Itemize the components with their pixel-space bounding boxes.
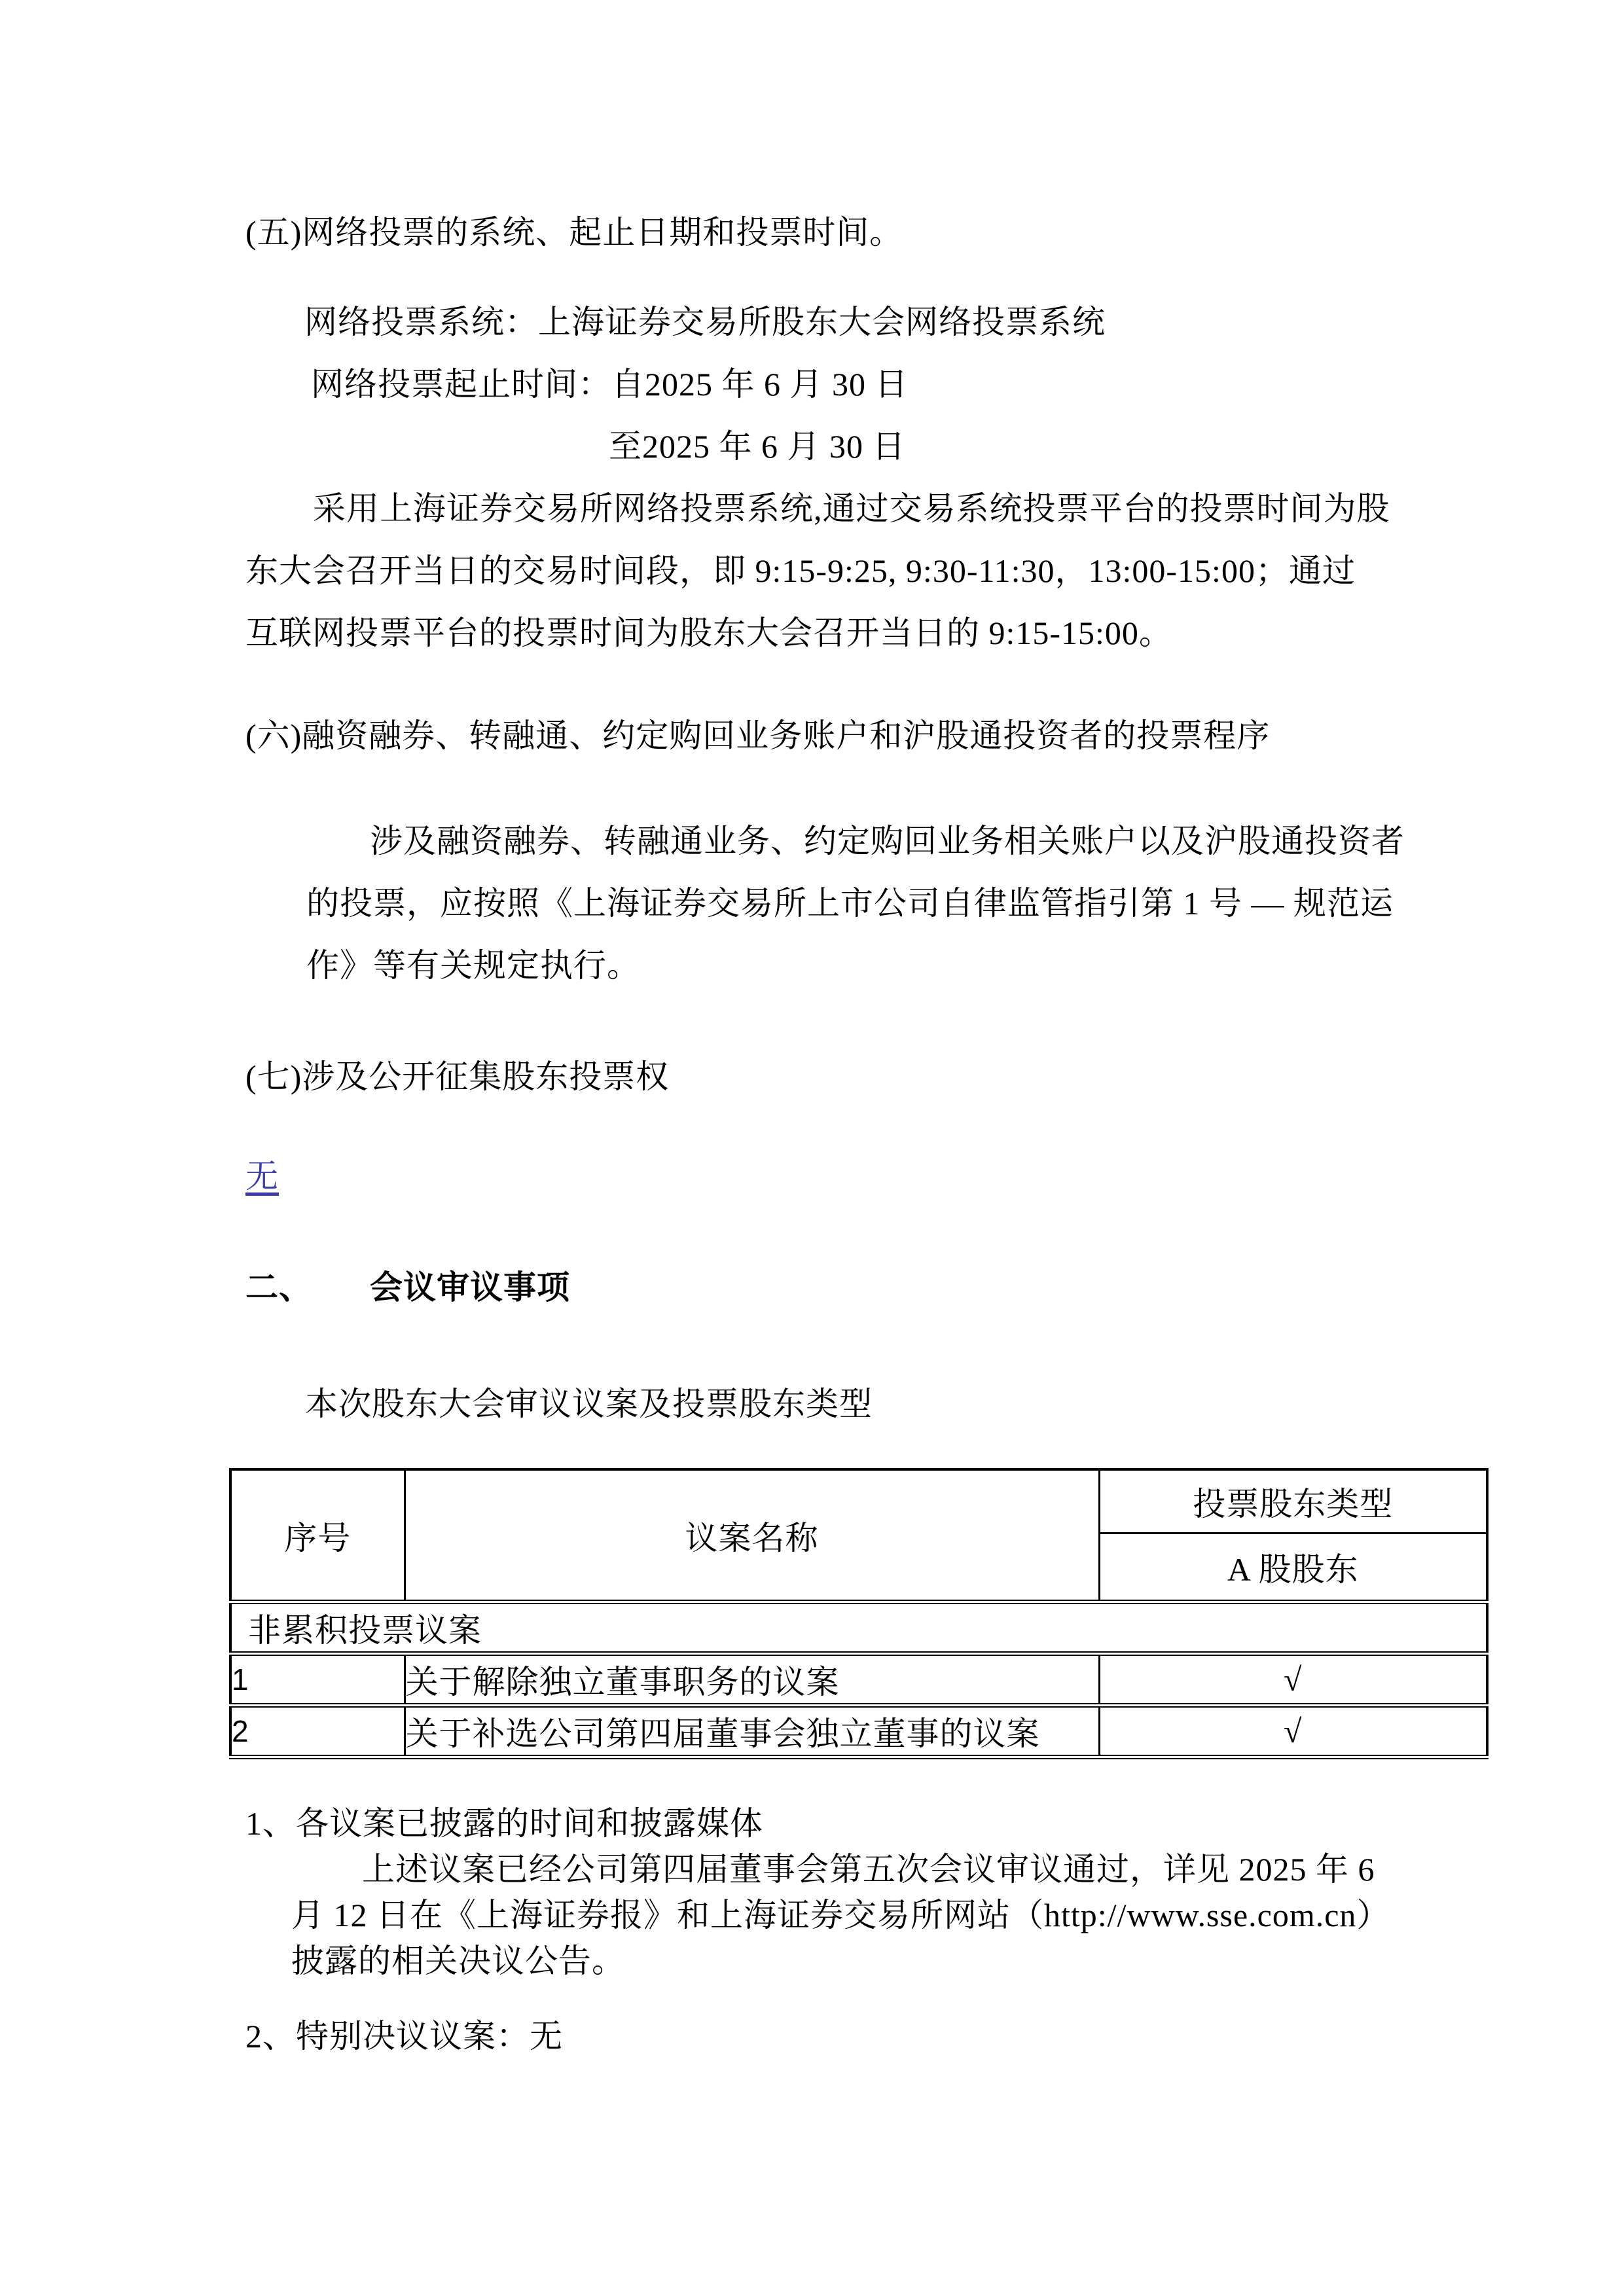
note-1-title: 1、各议案已披露的时间和披露媒体 — [245, 1801, 1624, 1846]
row-1-seq-cell: 1 — [230, 1654, 405, 1706]
margin-trading-paragraph-line-3: 作》等有关规定执行。 — [306, 935, 1624, 997]
section-5-heading: (五)网络投票的系统、起止日期和投票时间。 — [245, 202, 1624, 264]
row-2-proposal-cell: 关于补选公司第四届董事会独立董事的议案 — [405, 1706, 1099, 1757]
table-row: 2 关于补选公司第四届董事会独立董事的议案 √ — [230, 1706, 1487, 1757]
table-header-row-1: 序号 议案名称 投票股东类型 — [230, 1469, 1487, 1534]
row-2-seq-cell: 2 — [230, 1706, 405, 1757]
voting-paragraph-line-1: 采用上海证券交易所网络投票系统,通过交易系统投票平台的投票时间为股 — [313, 478, 1624, 540]
margin-trading-paragraph-line-2: 的投票，应按照《上海证券交易所上市公司自律监管指引第 1 号 — 规范运 — [306, 872, 1624, 935]
margin-trading-paragraph-line-1: 涉及融资融券、转融通业务、约定购回业务相关账户以及沪股通投资者 — [370, 810, 1624, 872]
header-cell-proposal-name: 议案名称 — [405, 1469, 1099, 1602]
none-link[interactable]: 无 — [245, 1158, 279, 1194]
note-1-line-2: 月 12 日在《上海证券报》和上海证券交易所网站（http://www.sse.… — [291, 1892, 1624, 1938]
section-7-heading: (七)涉及公开征集股东投票权 — [245, 1046, 1624, 1108]
voting-paragraph-line-3: 互联网投票平台的投票时间为股东大会召开当日的 9:15-15:00。 — [245, 602, 1624, 664]
table-group-row: 非累积投票议案 — [230, 1602, 1487, 1654]
row-1-proposal-cell: 关于解除独立董事职务的议案 — [405, 1654, 1099, 1706]
group-label-cell: 非累积投票议案 — [230, 1602, 1487, 1654]
network-voting-system-line: 网络投票系统：上海证券交易所股东大会网络投票系统 — [304, 291, 1624, 353]
section-2-title: 会议审议事项 — [370, 1269, 570, 1306]
section-6-heading: (六)融资融券、转融通、约定购回业务账户和沪股通投资者的投票程序 — [245, 705, 1624, 767]
note-1-line-1: 上述议案已经公司第四届董事会第五次会议审议通过，详见 2025 年 6 — [362, 1846, 1624, 1892]
section-2-heading: 二、会议审议事项 — [245, 1257, 1624, 1319]
row-1-check-cell: √ — [1099, 1654, 1487, 1706]
header-cell-seq: 序号 — [230, 1469, 405, 1602]
proposals-table: 序号 议案名称 投票股东类型 A 股股东 非累积投票议案 1 关于解除独立董事职… — [229, 1468, 1489, 1759]
header-cell-voter-type: 投票股东类型 — [1099, 1469, 1487, 1534]
voting-start-time-line: 网络投票起止时间：自2025 年 6 月 30 日 — [311, 353, 1624, 416]
none-line: 无 — [245, 1145, 1624, 1208]
note-1-line-3: 披露的相关决议公告。 — [291, 1938, 1624, 1984]
table-row: 1 关于解除独立董事职务的议案 √ — [230, 1654, 1487, 1706]
header-cell-a-share: A 股股东 — [1099, 1534, 1487, 1602]
table-intro-line: 本次股东大会审议议案及投票股东类型 — [305, 1373, 1624, 1435]
voting-paragraph-line-2: 东大会召开当日的交易时间段，即 9:15-9:25, 9:30-11:30，13… — [245, 540, 1624, 602]
voting-end-time-line: 至2025 年 6 月 30 日 — [609, 416, 1624, 478]
note-2-line: 2、特别决议议案：无 — [245, 2013, 1624, 2059]
section-2-number: 二、 — [245, 1269, 312, 1306]
document-page: (五)网络投票的系统、起止日期和投票时间。 网络投票系统：上海证券交易所股东大会… — [0, 0, 1624, 2296]
row-2-check-cell: √ — [1099, 1706, 1487, 1757]
